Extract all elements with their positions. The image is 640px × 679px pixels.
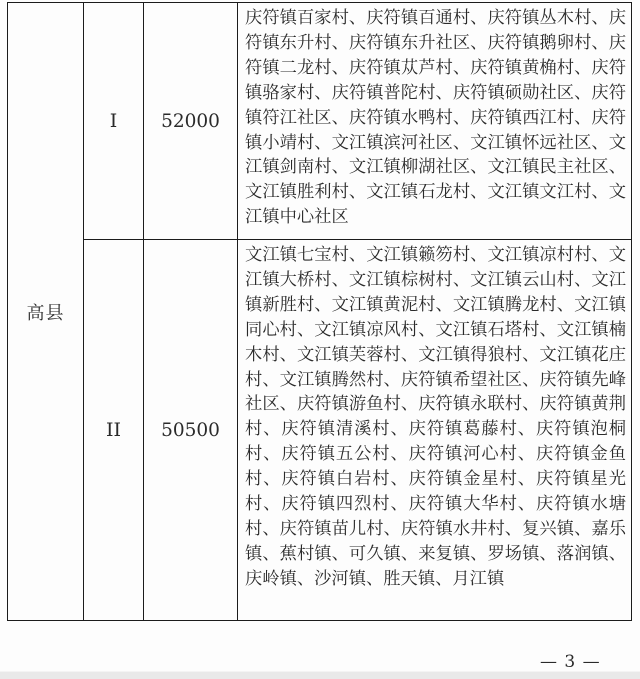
zone-grade-2-cell: II	[84, 240, 144, 621]
table-row: II 50500 文江镇七宝村、文江镇籁笏村、文江镇凉村村、文江镇大桥村、文江镇…	[8, 240, 632, 621]
table-body: 高县 I 52000 庆符镇百家村、庆符镇百通村、庆符镇丛木村、庆符镇东升村、庆…	[8, 3, 632, 621]
areas-1-cell: 庆符镇百家村、庆符镇百通村、庆符镇丛木村、庆符镇东升村、庆符镇东升社区、庆符镇鹅…	[238, 3, 632, 240]
price-2-cell: 50500	[144, 240, 238, 621]
table-row: 高县 I 52000 庆符镇百家村、庆符镇百通村、庆符镇丛木村、庆符镇东升村、庆…	[8, 3, 632, 240]
areas-2-cell: 文江镇七宝村、文江镇籁笏村、文江镇凉村村、文江镇大桥村、文江镇棕树村、文江镇云山…	[238, 240, 632, 621]
county-cell: 高县	[8, 3, 84, 621]
price-1-cell: 52000	[144, 3, 238, 240]
compensation-zone-table: 高县 I 52000 庆符镇百家村、庆符镇百通村、庆符镇丛木村、庆符镇东升村、庆…	[7, 2, 632, 621]
zone-grade-1-cell: I	[84, 3, 144, 240]
page-number: — 3 —	[540, 652, 601, 672]
viewer-bottom-edge	[0, 671, 640, 679]
